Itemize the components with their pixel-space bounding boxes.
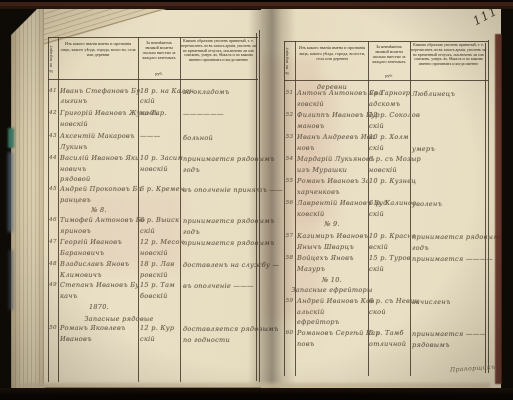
bookmark-fleck-blue-2 — [9, 250, 13, 310]
handwritten-entry: Мардарій Лукьяновъ — [297, 155, 367, 163]
handwritten-entry: доставленъ на службу — — [183, 261, 258, 269]
handwritten-entry: Барановичъ — [60, 249, 138, 257]
handwritten-entry: ——— — [140, 132, 182, 140]
handwritten-entry: принимается рядовымъ — [183, 155, 258, 163]
handwritten-entry: новичъ — [60, 165, 138, 173]
handwritten-entry: скій — [369, 210, 411, 218]
handwritten-entry: Иванъ Стефановъ Бу — [60, 87, 138, 95]
handwritten-entry: Иванъ Андреевъ Ива — [297, 133, 367, 141]
handwritten-entry: 49 — [48, 282, 58, 288]
handwritten-entry: Лаврентій Ивановъ Буд — [297, 199, 367, 207]
handwritten-entry: —————— — [183, 110, 258, 118]
book-gutter-shadow — [248, 6, 296, 390]
handwritten-entry: Аксентій Макаровъ — [60, 132, 138, 140]
handwritten-entry: 10 р. Холм — [369, 133, 411, 141]
handwritten-entry: уволенъ — [412, 200, 487, 208]
handwritten-entry: Романъ Яковлевъ — [60, 324, 138, 332]
handwritten-entry: 42 — [48, 110, 58, 116]
handwritten-entry: годъ — [183, 166, 258, 174]
handwritten-entry: принимается ———— — [412, 255, 487, 263]
handwritten-entry: 6 р. Кремен — [140, 185, 182, 193]
handwritten-entry: скій — [140, 227, 182, 235]
photo-bottom-border — [0, 388, 513, 400]
handwritten-entry: въ ополченіе ——— — [183, 282, 258, 290]
handwritten-entry: Владиславъ Яновъ — [60, 260, 138, 268]
handwritten-entry: повъ — [297, 340, 367, 348]
column-header-payment-unit: руб. — [369, 73, 409, 78]
handwritten-entry: скій — [369, 122, 411, 130]
handwritten-entry: ровскій — [140, 271, 182, 279]
handwritten-entry: за окладомъ — [183, 88, 258, 96]
handwritten-entry: Романъ Ивановъ За — [297, 177, 367, 185]
column-header-person: Изъ какого званія имена и прозванія лицъ… — [297, 45, 367, 62]
handwritten-entry: ранцевъ — [60, 196, 138, 204]
handwritten-entry: Мазуръ — [297, 265, 367, 273]
table-line — [488, 40, 489, 373]
handwritten-entry: 18 р. Лав — [140, 260, 182, 268]
handwritten-entry: Тимофей Антоновъ Бо — [60, 216, 138, 224]
photo-right-border — [502, 0, 513, 400]
handwritten-entry: скій — [140, 335, 182, 343]
handwritten-entry: новскій — [369, 166, 411, 174]
handwritten-entry: на Тар. — [140, 109, 182, 117]
handwritten-entry: Андрей Прокоповъ Ба — [60, 185, 138, 193]
handwritten-entry: умеръ — [412, 145, 487, 153]
handwritten-entry: 10 р. Засим — [140, 154, 182, 162]
handwritten-entry: 10 р. Кузнец — [369, 177, 411, 185]
handwritten-entry: Филиппъ Ивановъ Бур — [297, 111, 367, 119]
handwritten-entry: Люблинецъ — [412, 90, 487, 98]
book-cover-top-edge — [0, 0, 513, 9]
handwritten-entry: 46 — [48, 217, 58, 223]
column-header-payment: За неимѣніемъ звонкой монеты сколько вне… — [369, 44, 409, 64]
handwritten-entry: въ ополченіе принятъ —— — [183, 186, 258, 194]
handwritten-entry: 18 р. на Кален — [140, 87, 182, 95]
handwritten-entry: качъ — [60, 292, 138, 300]
handwritten-entry: 43 — [48, 133, 58, 139]
handwritten-entry: говскій — [297, 100, 367, 108]
handwritten-entry: бовскій — [140, 292, 182, 300]
handwritten-entry: 10 р. Красно — [369, 232, 411, 240]
handwritten-entry: 1870. — [60, 303, 138, 311]
handwritten-entry: 6 р. Тамб — [369, 329, 411, 337]
handwritten-entry: Янычъ Шварцъ — [297, 243, 367, 251]
handwritten-entry: 12 р. Месон — [140, 238, 182, 246]
handwritten-entry: принимается рядовымъ — [183, 217, 258, 225]
page-stack-fore-edge — [11, 9, 45, 391]
handwritten-entry: ефрейторъ — [297, 318, 367, 326]
handwritten-entry: 12 р. Кур — [140, 324, 182, 332]
handwritten-entry: Лукинъ — [60, 143, 138, 151]
handwritten-entry: доставляется рядовымъ — [183, 325, 258, 333]
handwritten-entry: по годности — [183, 336, 258, 344]
handwritten-entry: мановъ — [297, 122, 367, 130]
handwritten-entry: Климовичъ — [60, 271, 138, 279]
handwritten-entry: Антонъ Антоновъ Гра — [297, 89, 367, 97]
handwritten-entry: 6 р. съ Мозыр — [369, 155, 411, 163]
handwritten-entry: 12 р. Соколов — [369, 111, 411, 119]
handwritten-entry: лыгинъ — [60, 97, 138, 105]
column-header-row-number: № по порядку — [49, 40, 58, 78]
column-header-person: Изъ какого званія имена и прозванія лицъ… — [60, 41, 136, 58]
handwritten-entry: 6 р. Выиск — [140, 216, 182, 224]
handwritten-entry: Ивановъ — [60, 335, 138, 343]
table-line — [58, 37, 59, 382]
handwritten-entry: Запасные рядовые — [58, 315, 180, 323]
handwritten-entry: новъ — [297, 144, 367, 152]
archival-register-photo: № по порядку Изъ какого званія имена и п… — [0, 0, 513, 400]
handwritten-entry: Казимиръ Ивановъ — [297, 232, 367, 240]
handwritten-entry: больной — [183, 134, 258, 142]
column-header-outcome: Какимъ образомъ уволенъ принятый, т. е. … — [181, 39, 256, 63]
handwritten-entry: 45 — [48, 186, 58, 192]
bookmark-fleck-blue — [8, 152, 13, 232]
handwritten-entry: вскій — [369, 243, 411, 251]
handwritten-entry: адскомъ — [369, 100, 411, 108]
column-header-payment-unit: руб. — [139, 71, 179, 76]
handwritten-entry: 6 р. Калинов — [369, 199, 411, 207]
handwritten-entry: 41 — [48, 88, 58, 94]
handwritten-entry: Запасные ефрейторы — [286, 286, 378, 294]
handwritten-entry: новскій — [140, 165, 182, 173]
handwritten-entry: ковскій — [297, 210, 367, 218]
column-header-outcome: Какимъ образомъ уволенъ принятый, т. е. … — [411, 43, 486, 67]
handwritten-entry: харченковъ — [297, 188, 367, 196]
handwritten-entry: 50 — [48, 325, 58, 331]
handwritten-entry: 44 — [48, 155, 58, 161]
handwritten-entry: яриновъ — [60, 227, 138, 235]
handwritten-entry: 6 р. съ Невин — [369, 297, 411, 305]
handwritten-entry: принимается рядовымъ — [412, 233, 487, 241]
handwritten-entry: изъ Мурашки — [297, 166, 367, 174]
handwritten-entry: Романовъ Сергѣй Кар — [297, 329, 367, 337]
bookmark-fleck-teal — [8, 128, 14, 148]
handwritten-entry: скій — [140, 97, 182, 105]
handwritten-entry: № 9. — [297, 220, 367, 228]
handwritten-entry: ской — [369, 308, 411, 316]
handwritten-entry: Степанъ Ивановъ Бу — [60, 281, 138, 289]
handwritten-entry: зачисленъ — [412, 298, 487, 306]
handwritten-entry: № 10. — [297, 276, 367, 284]
handwritten-entry: новскій — [140, 249, 182, 257]
handwritten-entry: рядовымъ — [412, 341, 487, 349]
handwritten-entry: Василій Ивановъ Яки — [60, 154, 138, 162]
table-line — [48, 79, 258, 80]
handwritten-entry: на Тарногр — [369, 89, 411, 97]
handwritten-entry: № 8. — [60, 206, 138, 214]
handwritten-entry: отличной — [369, 340, 411, 348]
handwritten-entry: скій — [369, 144, 411, 152]
handwritten-entry: годъ — [183, 228, 258, 236]
handwritten-entry: скій — [369, 265, 411, 273]
handwritten-entry: Григорій Ивановъ Жуковъ — [60, 109, 138, 117]
handwritten-entry: 15 р. Туров — [369, 254, 411, 262]
handwritten-entry: Андрей Ивановъ Ков — [297, 297, 367, 305]
column-header-payment: За неимѣніемъ звонкой монеты сколько вне… — [139, 40, 179, 60]
handwritten-entry: альскій — [297, 308, 367, 316]
handwritten-entry: принимается рядовымъ — [183, 239, 258, 247]
handwritten-entry: Георгій Ивановъ — [60, 238, 138, 246]
handwritten-entry: 15 р. Там — [140, 281, 182, 289]
handwritten-entry: Войцехъ Яновъ — [297, 254, 367, 262]
table-line — [284, 80, 488, 81]
handwritten-entry: принимается ——— — [412, 330, 487, 338]
handwritten-entry: 47 — [48, 239, 58, 245]
handwritten-entry: рядовой — [60, 175, 138, 183]
handwritten-entry: годъ — [412, 244, 487, 252]
handwritten-entry: новскій — [60, 120, 138, 128]
handwritten-entry: 48 — [48, 261, 58, 267]
